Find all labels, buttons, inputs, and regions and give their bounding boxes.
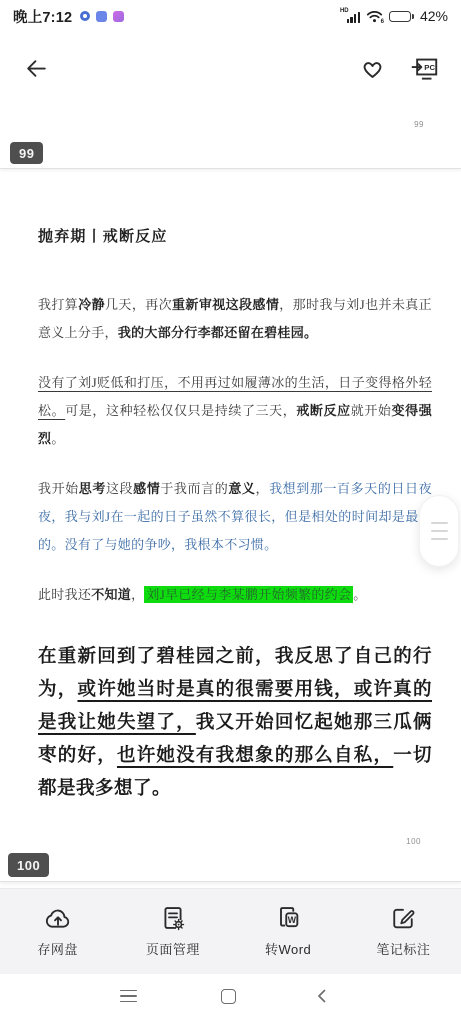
page-99-footer: 99 99 <box>0 104 461 169</box>
recents-icon <box>120 990 137 1003</box>
heart-icon <box>359 55 386 82</box>
convert-to-word-button[interactable]: W 转Word <box>231 905 346 958</box>
text-run-bold: 我的大部分行李都还留在碧桂园。 <box>118 325 318 340</box>
text-run-bold: 意义 <box>228 481 255 496</box>
paragraph-4: 此时我还不知道，刘J早已经与李某鹏开始频繁的约会。 <box>38 581 432 609</box>
send-to-pc-icon: PC <box>410 55 441 82</box>
floating-menu-handle[interactable] <box>419 495 459 567</box>
page-manage-button[interactable]: 页面管理 <box>115 905 230 958</box>
text-run-bold: 不知道 <box>91 587 131 602</box>
back-button[interactable] <box>24 56 49 81</box>
status-indicators: HD 6 42% <box>340 8 448 24</box>
app-notification-icon-purple <box>113 11 124 22</box>
battery-percent: 42% <box>420 8 448 24</box>
text-run-bold: 戒断反应 <box>296 403 350 418</box>
cloud-upload-icon <box>43 905 73 931</box>
text-run: ， <box>131 587 144 602</box>
page-badge-99: 99 <box>10 142 43 164</box>
note-annotate-button[interactable]: 笔记标注 <box>346 905 461 958</box>
android-navigation-bar <box>0 974 461 1024</box>
text-run-bold: 重新审视这段感情 <box>172 297 279 312</box>
home-button[interactable] <box>206 974 250 1018</box>
section-title: 抛弃期丨戒断反应 <box>38 225 432 249</box>
printed-page-number-99: 99 <box>414 120 424 129</box>
battery-icon <box>389 11 414 22</box>
app-notification-icon-blue <box>96 11 107 22</box>
toolbar-item-label: 存网盘 <box>37 939 78 958</box>
text-run-highlighted: 刘J早已经与李某鹏开始频繁的约会 <box>144 586 353 603</box>
text-run: ， <box>256 481 270 496</box>
svg-text:PC: PC <box>424 63 435 72</box>
note-annotate-icon <box>389 905 417 931</box>
recents-button[interactable] <box>106 974 150 1018</box>
printed-page-number-100: 100 <box>406 837 421 846</box>
toolbar-item-label: 转Word <box>265 939 311 958</box>
status-bar: 晚上7:12 HD 6 42% <box>0 0 461 32</box>
text-run: 于我而言的 <box>160 481 228 496</box>
wifi6-label: 6 <box>381 19 384 25</box>
cell-signal-icon: HD <box>340 8 360 24</box>
paragraph-5: 在重新回到了碧桂园之前，我反思了自己的行为，或许她当时是真的很需要用钱，或许真的… <box>38 639 432 804</box>
text-run: 几天，再次 <box>105 297 172 312</box>
paragraph-2: 没有了刘J贬低和打压，不用再过如履薄冰的生活，日子变得格外轻松。可是，这种轻松仅… <box>38 369 432 453</box>
home-icon <box>221 989 236 1004</box>
text-run: 这段 <box>106 481 133 496</box>
text-run-underline: 也许她没有我想象的那么自私， <box>117 744 393 765</box>
top-app-bar: PC <box>0 32 461 104</box>
word-convert-icon: W <box>274 905 302 931</box>
clock: 晚上7:12 <box>13 6 72 27</box>
back-arrow-icon <box>24 56 49 81</box>
favorite-button[interactable] <box>359 55 386 82</box>
notification-icons <box>80 11 124 22</box>
send-to-pc-button[interactable]: PC <box>410 55 441 82</box>
paragraph-3: 我开始思考这段感情于我而言的意义，我想到那一百多天的日日夜夜，我与刘J在一起的日… <box>38 475 432 559</box>
text-run-bold: 冷静 <box>78 297 105 312</box>
save-to-cloud-button[interactable]: 存网盘 <box>0 905 115 958</box>
text-run: 我打算 <box>38 297 78 312</box>
text-run-bold: 感情 <box>133 481 160 496</box>
toolbar-item-label: 页面管理 <box>146 939 200 958</box>
document-viewer[interactable]: 99 99 抛弃期丨戒断反应 我打算冷静几天，再次重新审视这段感情，那时我与刘J… <box>0 104 461 888</box>
phone-screen: { "status_bar": { "time": "晚上7:12", "net… <box>0 0 461 1024</box>
page-100: 抛弃期丨戒断反应 我打算冷静几天，再次重新审视这段感情，那时我与刘J也并未真正意… <box>0 225 461 882</box>
nav-back-button[interactable] <box>300 974 344 1018</box>
text-run: 此时我还 <box>38 587 91 602</box>
page-manage-icon <box>159 905 187 931</box>
text-run: 就开始 <box>351 403 392 418</box>
text-run-bold: 思考 <box>79 481 106 496</box>
text-run: 我开始 <box>38 481 79 496</box>
signal-bars <box>347 12 360 24</box>
bottom-toolbar: 存网盘 页面管理 W 转Word 笔记标注 <box>0 888 461 974</box>
toolbar-item-label: 笔记标注 <box>376 939 430 958</box>
text-run: 。 <box>51 431 64 446</box>
nav-back-icon <box>314 988 330 1004</box>
wifi-icon: 6 <box>366 9 383 24</box>
svg-text:W: W <box>288 915 297 925</box>
page-badge-100: 100 <box>8 853 49 877</box>
notification-dot-icon <box>80 11 90 21</box>
paragraph-1: 我打算冷静几天，再次重新审视这段感情，那时我与刘J也并未真正意义上分手，我的大部… <box>38 291 432 347</box>
text-run: 。 <box>353 587 366 602</box>
text-run: 可是，这种轻松仅仅只是持续了三天， <box>65 403 296 418</box>
